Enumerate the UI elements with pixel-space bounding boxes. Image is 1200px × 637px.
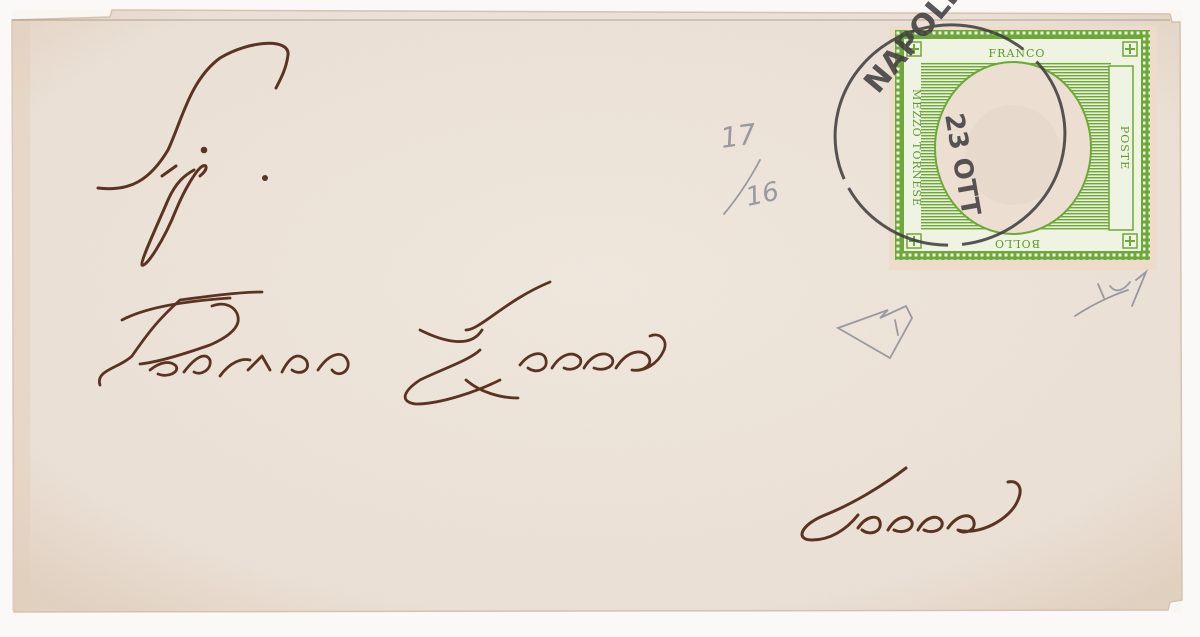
stamp-top-label: FRANCO [989,47,1046,60]
stamp-right-label: POSTE [1118,126,1131,170]
fold-edge [12,20,30,610]
postage-stamp: FRANCO POSTE BOLLO MEZZO TORNESE [889,26,1157,270]
stamp-left-label: MEZZO TORNESE [910,89,923,207]
stamp-bottom-label: BOLLO [994,237,1040,250]
pencil-number-top: 17 [718,117,758,155]
